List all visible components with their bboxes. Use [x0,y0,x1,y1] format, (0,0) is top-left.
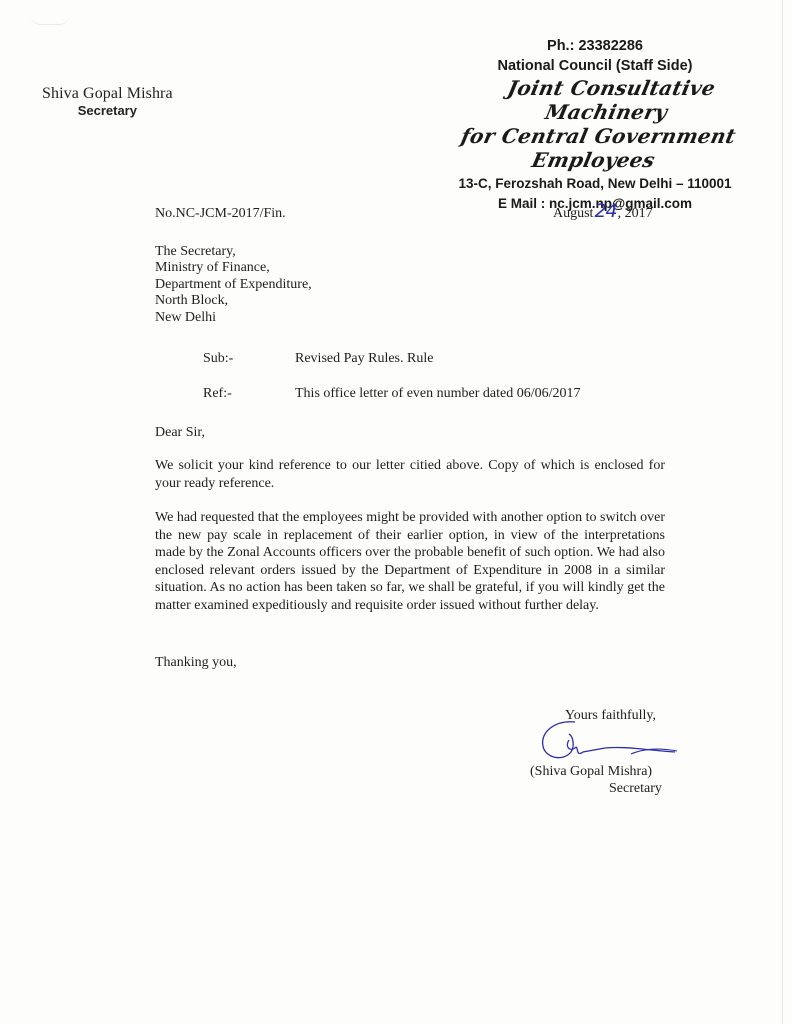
recipient-line: The Secretary, [155,244,312,260]
sender-name: Shiva Gopal Mishra [42,85,173,103]
letterhead-phone: Ph.: 23382286 [425,36,765,56]
reference-label: Ref:- [203,386,232,402]
letterhead-script-line2: for Central Government Employees [416,124,776,172]
thanks-line: Thanking you, [155,655,237,671]
recipient-address: The Secretary, Ministry of Finance, Depa… [155,244,312,326]
recipient-line: New Delhi [155,310,312,326]
letterhead: Ph.: 23382286 National Council (Staff Si… [425,36,765,214]
page-edge-line [782,0,783,1024]
sender-title: Secretary [42,103,173,118]
date-day-handwritten: 24 [594,200,616,222]
handwritten-signature [535,718,680,768]
date-month: August [553,206,593,221]
recipient-line: Department of Expenditure, [155,277,312,293]
signatory-name: (Shiva Gopal Mishra) [530,764,652,780]
date-year: , 2017 [618,206,653,221]
subject-label: Sub:- [203,351,233,367]
letterhead-address: 13-C, Ferozshah Road, New Delhi – 110001 [425,174,765,194]
letterhead-council: National Council (Staff Side) [425,56,765,76]
signatory-title: Secretary [609,781,662,797]
scan-mark [30,14,70,25]
reference-text: This office letter of even number dated … [295,386,581,402]
letter-date: August24, 2017 [553,203,653,222]
letterhead-script-line1: Joint Consultative Machinery [448,76,770,124]
recipient-line: Ministry of Finance, [155,260,312,276]
reference-number: No.NC-JCM-2017/Fin. [155,206,286,222]
body-paragraph: We solicit your kind reference to our le… [155,457,665,492]
body-paragraph: We had requested that the employees migh… [155,509,665,614]
subject-text: Revised Pay Rules. Rule [295,351,433,367]
salutation: Dear Sir, [155,425,205,441]
recipient-line: North Block, [155,293,312,309]
sender-block: Shiva Gopal Mishra Secretary [42,85,173,118]
